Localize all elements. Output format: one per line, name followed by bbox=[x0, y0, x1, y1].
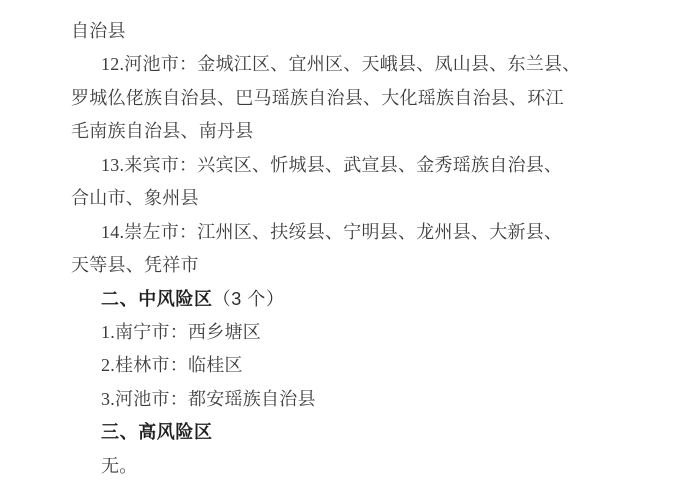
text-line-hechi-item: 3.河池市：都安瑶族自治县 bbox=[71, 383, 616, 416]
text-line-chongzuo-city-list-1: 14.崇左市：江州区、扶绥县、宁明县、龙州县、大新县、 bbox=[71, 216, 616, 249]
text-line-laibin-city-list-1: 13.来宾市：兴宾区、忻城县、武宣县、金秀瑶族自治县、 bbox=[71, 149, 616, 182]
text-line-hechi-city-list-1: 12.河池市：金城江区、宜州区、天峨县、凤山县、东兰县、 bbox=[71, 48, 616, 81]
document-text-block: 自治县 12.河池市：金城江区、宜州区、天峨县、凤山县、东兰县、 罗城仫佬族自治… bbox=[71, 15, 616, 483]
section-heading-medium-risk-areas: 二、中风险区（3 个） bbox=[71, 283, 616, 316]
section-heading-medium-risk-count: （3 个） bbox=[213, 289, 285, 309]
text-line-hechi-city-list-3: 毛南族自治县、南丹县 bbox=[71, 115, 616, 148]
text-line-hechi-city-list-2: 罗城仫佬族自治县、巴马瑶族自治县、大化瑶族自治县、环江 bbox=[71, 82, 616, 115]
text-line-guilin-item: 2.桂林市：临桂区 bbox=[71, 349, 616, 382]
text-line-none: 无。 bbox=[71, 450, 616, 483]
section-heading-high-risk-title: 三、高风险区 bbox=[101, 422, 213, 442]
section-heading-high-risk-areas: 三、高风险区 bbox=[71, 416, 616, 449]
text-line-laibin-city-list-2: 合山市、象州县 bbox=[71, 182, 616, 215]
text-line-autonomous-county-continuation: 自治县 bbox=[71, 15, 616, 48]
text-line-nanning-item: 1.南宁市：西乡塘区 bbox=[71, 316, 616, 349]
section-heading-medium-risk-title: 二、中风险区 bbox=[101, 289, 213, 309]
document-page: 自治县 12.河池市：金城江区、宜州区、天峨县、凤山县、东兰县、 罗城仫佬族自治… bbox=[0, 0, 675, 500]
text-line-chongzuo-city-list-2: 天等县、凭祥市 bbox=[71, 249, 616, 282]
